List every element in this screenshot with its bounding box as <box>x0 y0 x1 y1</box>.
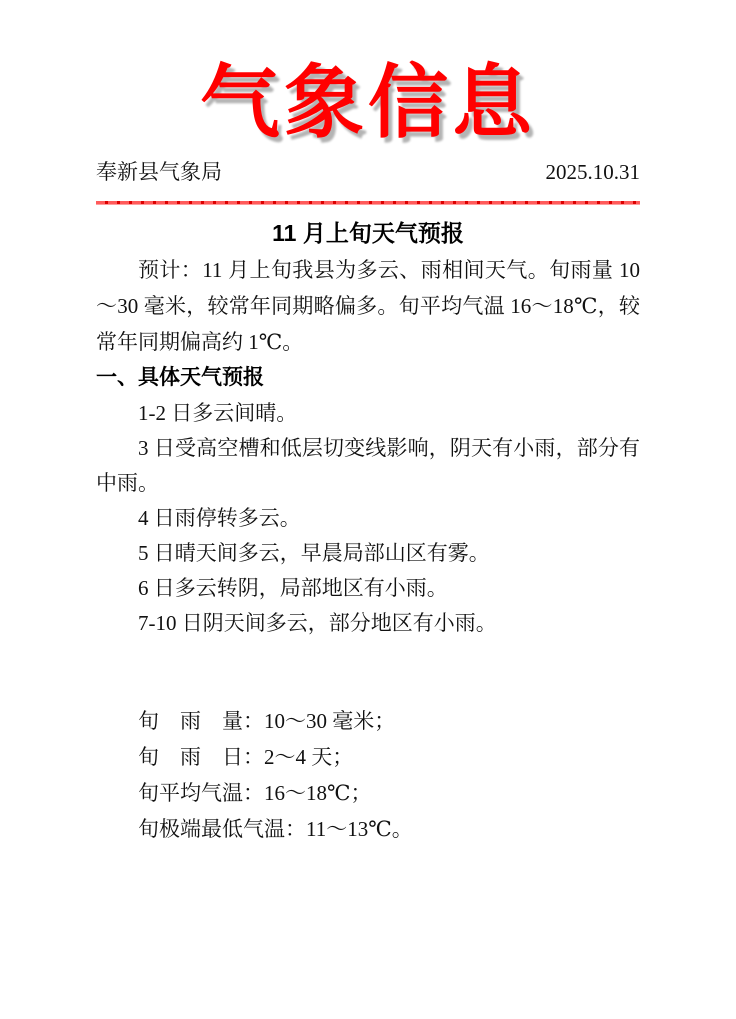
issue-date: 2025.10.31 <box>546 160 641 184</box>
document-page: 气象信息 奉新县气象局 2025.10.31 11 月上旬天气预报 预计：11 … <box>0 0 736 1019</box>
issuer-name: 奉新县气象局 <box>96 160 222 184</box>
masthead: 气象信息 <box>0 60 736 144</box>
meta-row: 奉新县气象局 2025.10.31 <box>96 160 640 184</box>
red-divider-line <box>96 201 640 205</box>
stat-line-min-temp: 旬极端最低气温：11～13℃。 <box>96 811 640 847</box>
stat-line-rain-days: 旬 雨 日：2～4 天； <box>96 739 640 775</box>
daily-forecast-item: 5 日晴天间多云，早晨局部山区有雾。 <box>96 536 640 571</box>
forecast-title: 11 月上旬天气预报 <box>96 218 640 248</box>
daily-forecast-list: 1-2 日多云间晴。 3 日受高空槽和低层切变线影响，阴天有小雨，部分有中雨。 … <box>96 396 640 641</box>
daily-forecast-item: 3 日受高空槽和低层切变线影响，阴天有小雨，部分有中雨。 <box>96 431 640 501</box>
daily-forecast-item: 7-10 日阴天间多云，部分地区有小雨。 <box>96 606 640 641</box>
stat-line-avg-temp: 旬平均气温：16～18℃； <box>96 775 640 811</box>
daily-forecast-item: 4 日雨停转多云。 <box>96 501 640 536</box>
forecast-lead-paragraph: 预计：11 月上旬我县为多云、雨相间天气。旬雨量 10～30 毫米，较常年同期略… <box>96 252 640 360</box>
masthead-title: 气象信息 <box>200 60 536 144</box>
decade-stats-block: 旬 雨 量：10～30 毫米； 旬 雨 日：2～4 天； 旬平均气温：16～18… <box>96 703 640 847</box>
daily-forecast-item: 6 日多云转阴，局部地区有小雨。 <box>96 571 640 606</box>
stat-line-rainfall: 旬 雨 量：10～30 毫米； <box>96 703 640 739</box>
daily-forecast-item: 1-2 日多云间晴。 <box>96 396 640 431</box>
section-heading-detailed-forecast: 一、具体天气预报 <box>96 360 640 396</box>
